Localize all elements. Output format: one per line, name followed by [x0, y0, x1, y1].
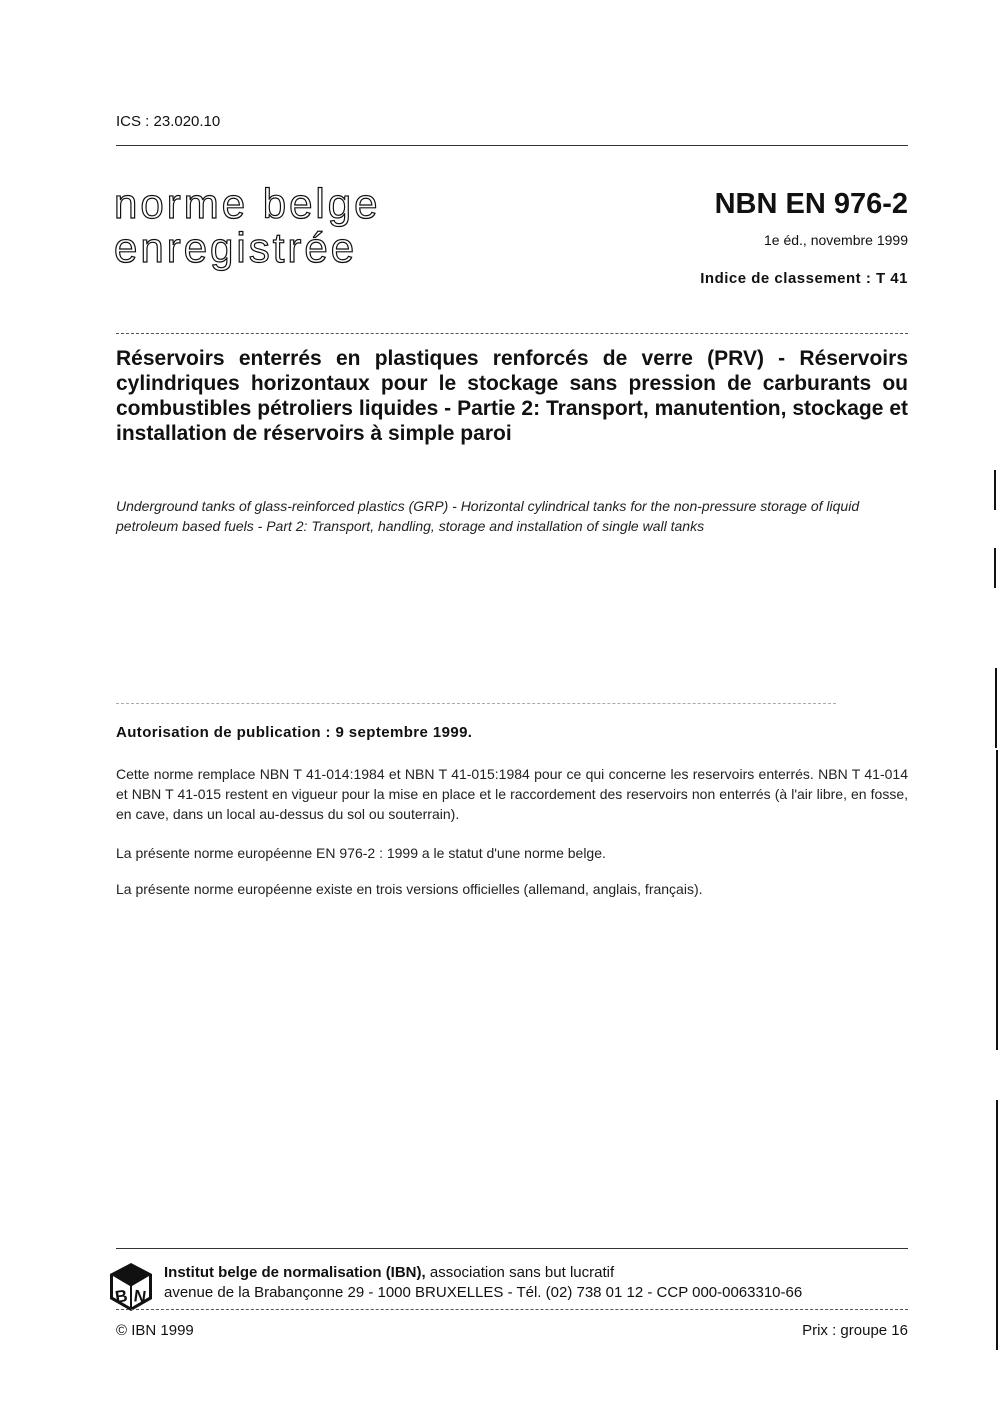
paragraph-replacement: Cette norme remplace NBN T 41-014:1984 e… — [116, 764, 908, 824]
brand-line-1: norme belge — [114, 182, 380, 226]
footer-rule-top — [116, 1248, 908, 1249]
institute-address: avenue de la Brabançonne 29 - 1000 BRUXE… — [164, 1284, 802, 1301]
institute-line: Institut belge de normalisation (IBN), a… — [164, 1264, 614, 1281]
scan-edge-mark — [996, 1100, 998, 1350]
svg-text:N: N — [133, 1286, 148, 1307]
price-group: Prix : groupe 16 — [802, 1322, 908, 1339]
standard-number: NBN EN 976-2 — [715, 188, 908, 221]
brand-line-2: enregistrée — [114, 226, 380, 270]
publication-authorization: Autorisation de publication : 9 septembr… — [116, 724, 472, 741]
title-english: Underground tanks of glass-reinforced pl… — [116, 496, 908, 536]
paragraph-status: La présente norme européenne EN 976-2 : … — [116, 843, 908, 863]
institute-description: association sans but lucratif — [426, 1264, 614, 1281]
scan-edge-mark — [995, 668, 997, 748]
scan-edge-mark — [994, 470, 996, 510]
edition: 1e éd., novembre 1999 — [764, 232, 908, 248]
title-rule — [116, 333, 908, 334]
scan-edge-mark — [994, 548, 996, 588]
classification-index: Indice de classement : T 41 — [700, 270, 908, 287]
scan-edge-mark — [996, 750, 998, 1050]
institute-name: Institut belge de normalisation (IBN), — [164, 1264, 426, 1281]
header-rule — [116, 145, 908, 146]
copyright: © IBN 1999 — [116, 1322, 194, 1339]
ibn-cube-logo-icon: B N — [108, 1262, 154, 1312]
footer-rule-bottom — [116, 1309, 908, 1310]
body-rule — [116, 703, 836, 704]
paragraph-versions: La présente norme européenne existe en t… — [116, 879, 908, 899]
brand-wordmark: norme belge enregistrée — [114, 182, 380, 270]
title-french: Réservoirs enterrés en plastiques renfor… — [116, 346, 908, 446]
svg-text:B: B — [114, 1286, 129, 1307]
ics-code: ICS : 23.020.10 — [116, 113, 220, 130]
